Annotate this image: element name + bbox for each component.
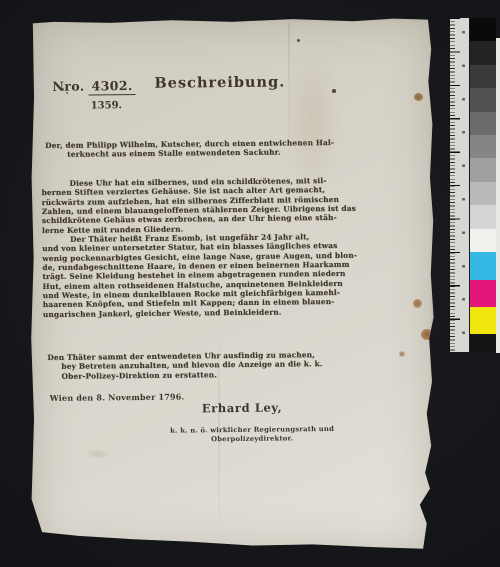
signature-name: Erhard Ley, [202, 400, 282, 415]
cyan-patch [470, 252, 496, 280]
gray-step [470, 112, 496, 135]
gray-step [470, 158, 496, 181]
text-line: Ober-Polizey-Direktion zu erstatten. [47, 369, 322, 381]
signature-title: k. k. n. ö. wirklicher Regierungsrath un… [142, 425, 362, 445]
gray-step [470, 229, 496, 252]
magenta-patch [470, 280, 496, 307]
page-content: Nro.4302. 1359. Beschreibung. Der, dem P… [28, 15, 438, 555]
gray-step [470, 205, 496, 228]
calibration-ruler [450, 18, 469, 352]
scanned-document-photo: Nro.4302. 1359. Beschreibung. Der, dem P… [0, 0, 500, 567]
subject-paragraph: Der, dem Philipp Wilhelm, Kutscher, durc… [45, 138, 334, 160]
yellow-patch [470, 307, 496, 334]
description-paragraph-watch: Diese Uhr hat ein silbernes, und ein sch… [41, 176, 356, 235]
gray-step [470, 88, 496, 111]
page-title: Beschreibung. [154, 73, 285, 91]
gray-step [470, 18, 496, 41]
document-number-label: Nro. [52, 79, 84, 94]
document-page: Nro.4302. 1359. Beschreibung. Der, dem P… [30, 17, 434, 553]
paper-crease [218, 317, 220, 542]
black-patch [470, 334, 496, 352]
instruction-paragraph: Den Thäter sammt der entwendeten Uhr aus… [47, 350, 322, 381]
gray-step [470, 65, 496, 88]
dateline: Wien den 8. November 1796. [50, 392, 185, 403]
gray-step [470, 135, 496, 158]
ruler-numerals [462, 31, 466, 365]
description-paragraph-suspect: Der Thäter heißt Franz Esomb, ist ungefä… [42, 232, 358, 319]
document-number: Nro.4302. [52, 78, 135, 94]
text-line: terknecht aus einem Stalle entwendeten S… [45, 147, 334, 159]
ruler-cm-ticks [450, 18, 460, 352]
gray-step [470, 182, 496, 205]
gray-step [470, 41, 496, 64]
paper-crease [288, 23, 290, 173]
calibration-strip [470, 18, 496, 352]
film-edge-strip [496, 38, 500, 353]
document-subnumber: 1359. [91, 100, 122, 111]
document-number-value: 4302. [88, 78, 135, 95]
